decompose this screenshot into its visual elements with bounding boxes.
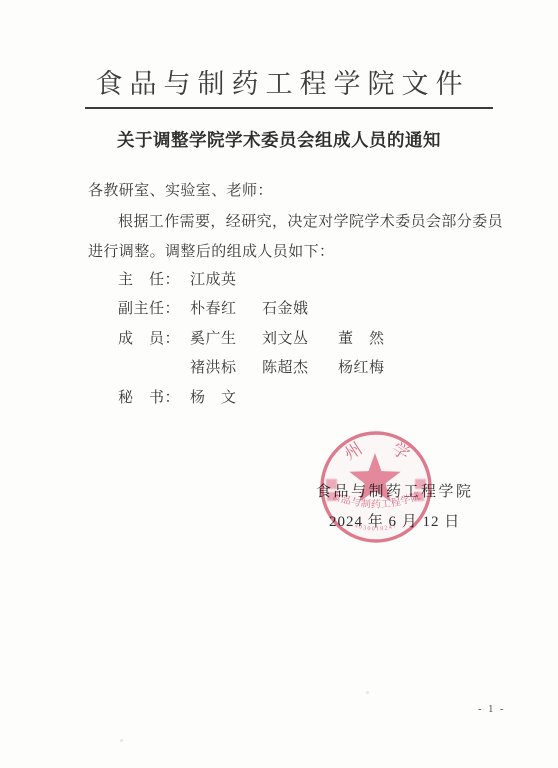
document-title: 食品与制药工程学院文件 — [0, 62, 558, 101]
row-label: 秘 书： — [118, 384, 180, 413]
roster-row-chair: 主 任： 江成英 — [118, 266, 458, 295]
scanned-document-page: { "document": { "header": { "title": "食品… — [0, 0, 558, 768]
member-name: 石金娥 — [262, 295, 309, 324]
committee-roster: 主 任： 江成英 副主任： 朴春红 石金娥 成 员： 奚广生 刘文丛 董 然 褚… — [118, 266, 458, 413]
title-divider — [85, 107, 493, 109]
roster-row-secretary: 秘 书： 杨 文 — [118, 384, 458, 413]
member-name: 奚广生 — [190, 325, 237, 354]
member-name: 朴春红 — [190, 295, 237, 324]
signature-org: 食品与制药工程学院 — [316, 480, 474, 501]
body-line: 进行调整。调整后的组成人员如下： — [88, 237, 496, 268]
scan-speck — [120, 739, 123, 742]
member-name: 杨 文 — [190, 384, 237, 413]
body-text: 各教研室、实验室、老师： 根据工作需要，经研究，决定对学院学术委员会部分委员 进… — [88, 176, 496, 268]
salutation: 各教研室、实验室、老师： — [88, 176, 496, 207]
seal-arc-char-left: 州 — [341, 439, 366, 464]
member-name: 陈超杰 — [262, 354, 309, 383]
row-label: 副主任： — [118, 295, 180, 324]
roster-row-members-1: 成 员： 奚广生 刘文丛 董 然 — [118, 325, 458, 354]
body-line: 根据工作需要，经研究，决定对学院学术委员会部分委员 — [88, 207, 496, 238]
row-label: 成 员： — [118, 325, 180, 354]
page-number: - 1 - — [478, 704, 506, 715]
row-label: 主 任： — [118, 266, 180, 295]
roster-row-members-2: 褚洪标 陈超杰 杨红梅 — [118, 354, 458, 383]
member-name: 董 然 — [338, 325, 385, 354]
member-name: 杨红梅 — [338, 354, 385, 383]
member-name: 江成英 — [190, 266, 237, 295]
member-name: 刘文丛 — [262, 325, 309, 354]
scan-speck — [366, 691, 369, 694]
signature-date: 2024 年 6 月 12 日 — [329, 510, 460, 531]
member-name: 褚洪标 — [190, 354, 237, 383]
notice-title: 关于调整学院学术委员会组成人员的通知 — [0, 127, 558, 152]
roster-row-vice-chairs: 副主任： 朴春红 石金娥 — [118, 295, 458, 324]
seal-arc-char-right: 学 — [388, 439, 413, 464]
